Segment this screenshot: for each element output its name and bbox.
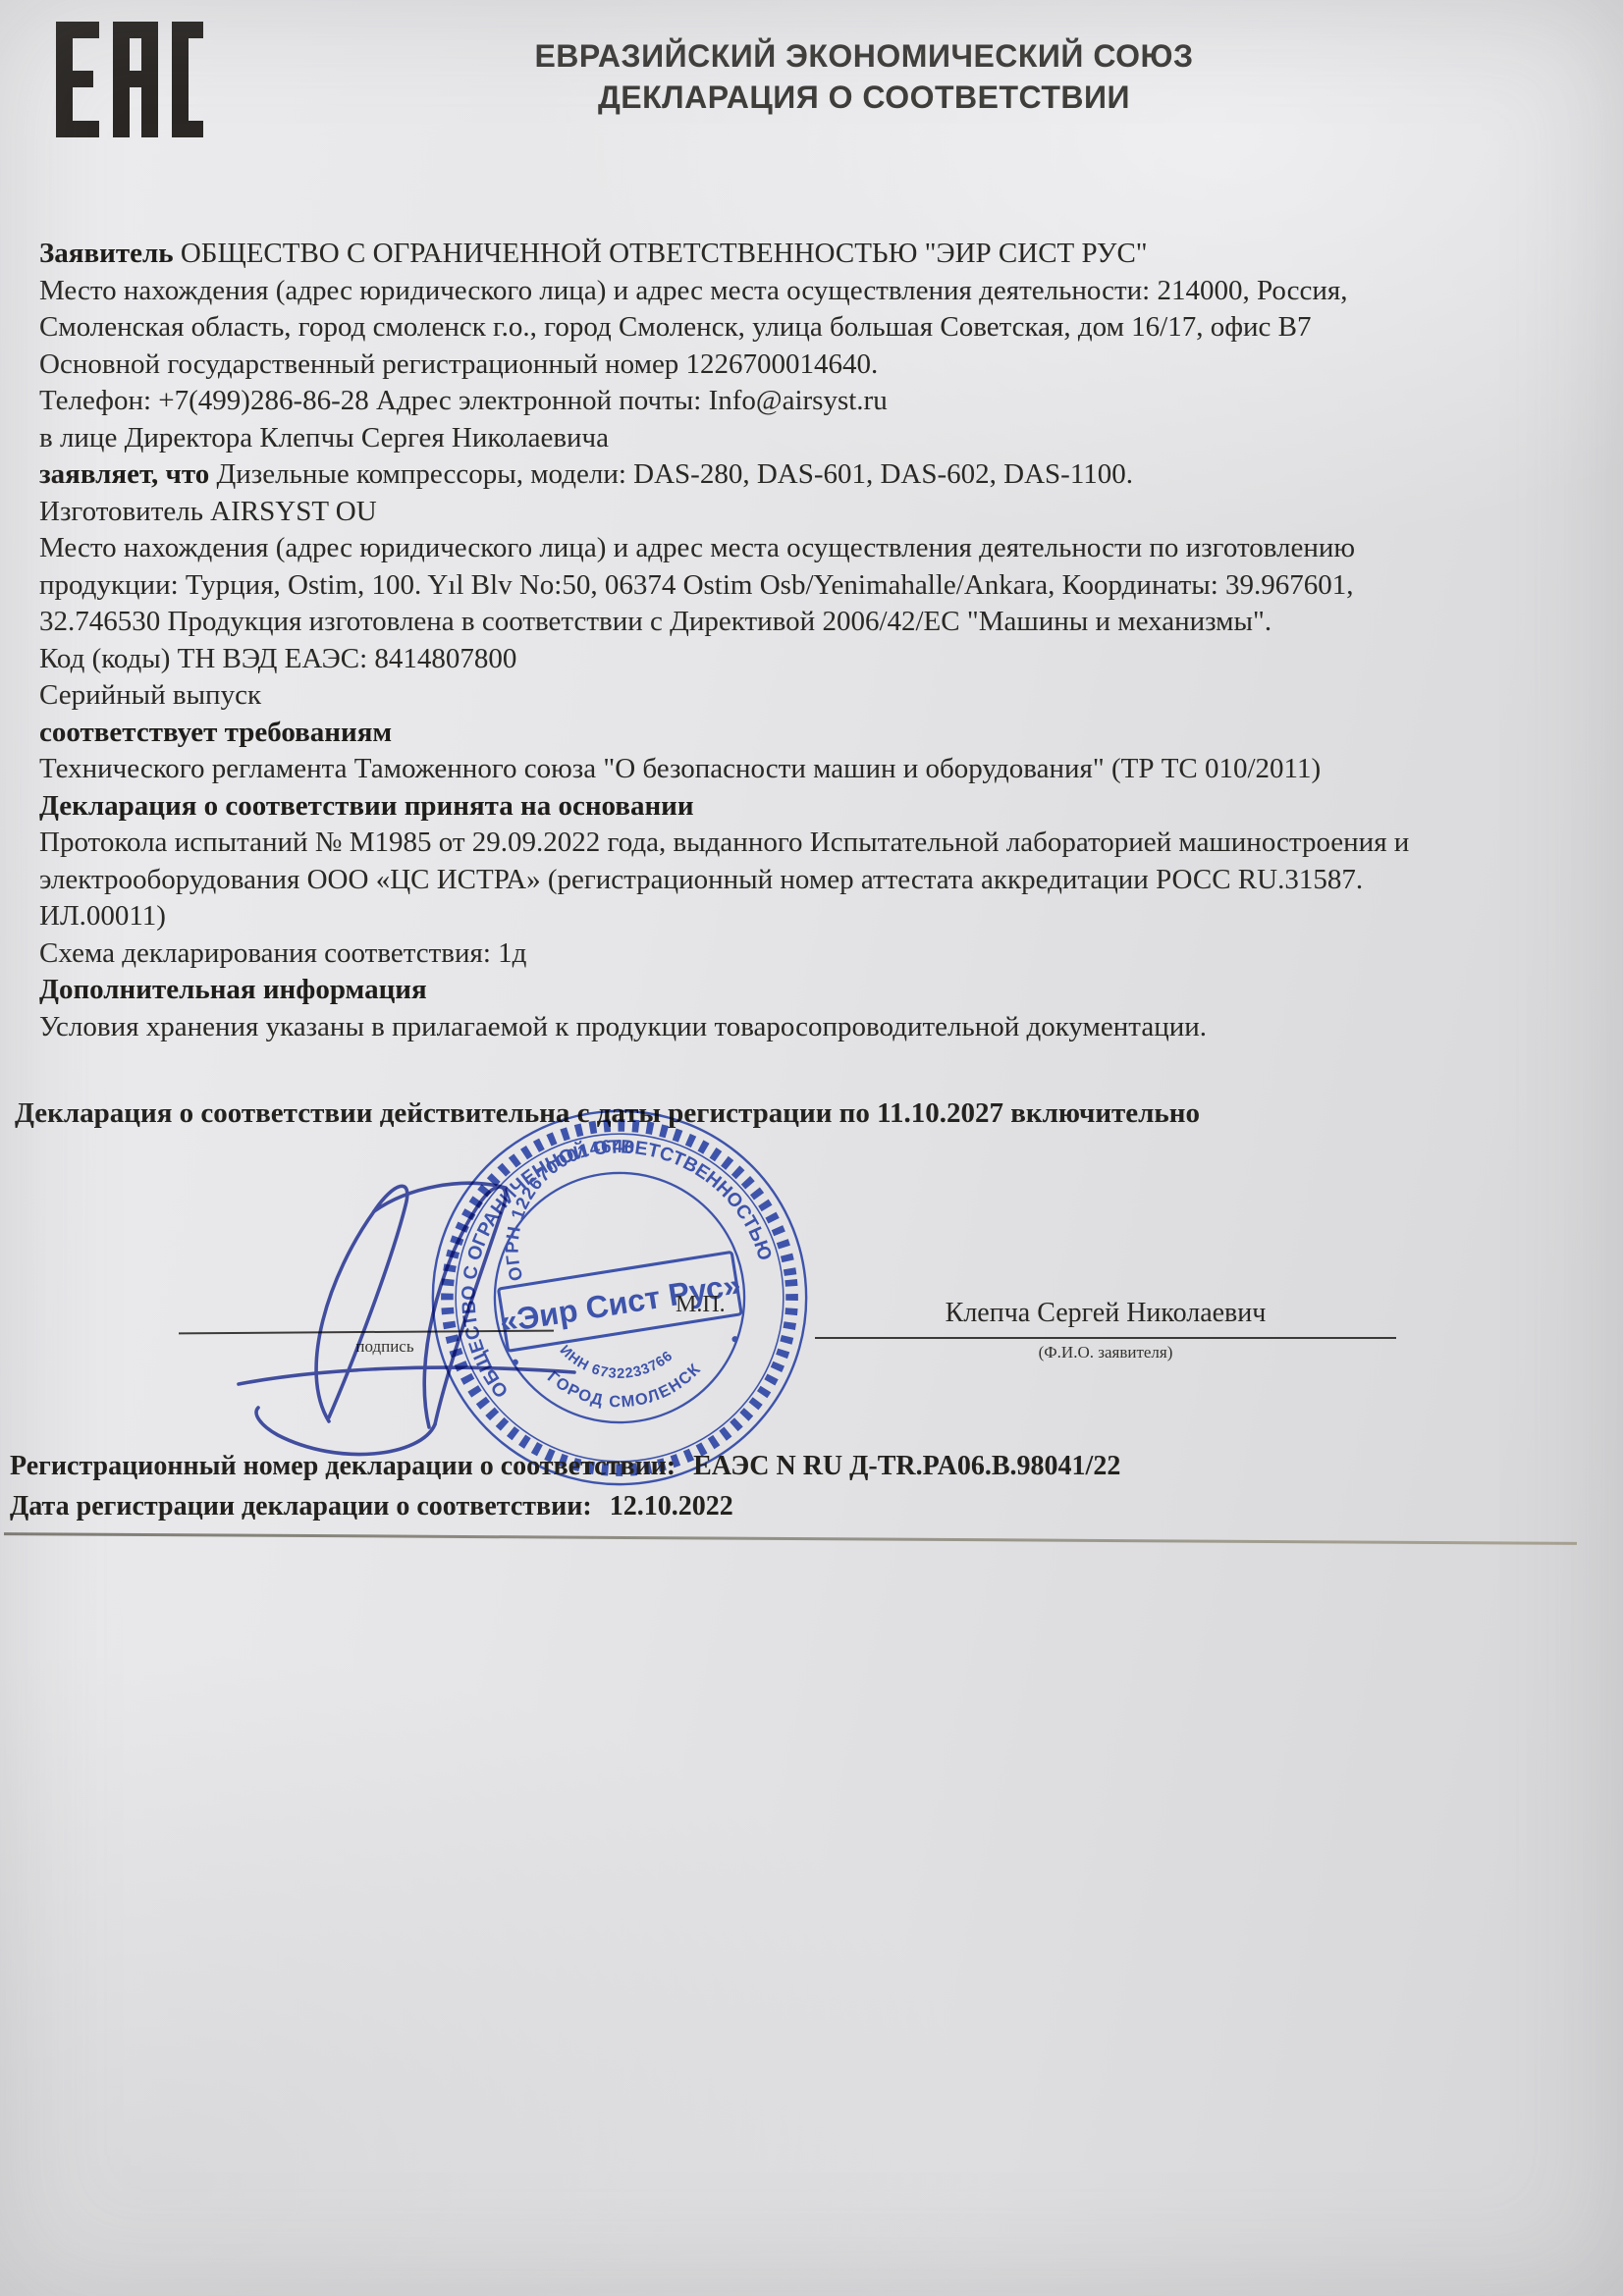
company-stamp: ОБЩЕСТВО С ОГРАНИЧЕННОЙ ОТВЕТСТВЕННОСТЬЮ… xyxy=(429,1107,810,1488)
doc-line: Смоленская область, город смоленск г.о.,… xyxy=(39,309,1610,347)
doc-line-text: в лице Директора Клепчы Сергея Николаеви… xyxy=(39,422,609,454)
doc-line-text: Место нахождения (адрес юридического лиц… xyxy=(39,532,1355,563)
registration-number-row: Регистрационный номер декларации о соотв… xyxy=(10,1451,1120,1482)
stamp-ring-text: ОБЩЕСТВО С ОГРАНИЧЕННОЙ ОТВЕТСТВЕННОСТЬЮ xyxy=(442,1119,788,1404)
doc-line-text: Основной государственный регистрационный… xyxy=(39,348,878,380)
doc-line: соответствует требованиям xyxy=(39,715,1610,752)
doc-line-text: Условия хранения указаны в прилагаемой к… xyxy=(39,1011,1207,1042)
applicant-name-line xyxy=(815,1337,1396,1339)
doc-line: Телефон: +7(499)286-86-28 Адрес электрон… xyxy=(39,383,1610,420)
doc-line: продукции: Турция, Ostim, 100. Yıl Blv N… xyxy=(39,567,1610,605)
registration-date-value: 12.10.2022 xyxy=(610,1491,733,1522)
doc-line: 32.746530 Продукция изготовлена в соотве… xyxy=(39,604,1610,641)
document-body: Заявитель ОБЩЕСТВО С ОГРАНИЧЕННОЙ ОТВЕТС… xyxy=(39,236,1610,1045)
doc-line-text: электрооборудования ООО «ЦС ИСТРА» (реги… xyxy=(39,864,1363,895)
doc-line: Заявитель ОБЩЕСТВО С ОГРАНИЧЕННОЙ ОТВЕТС… xyxy=(39,236,1610,273)
doc-line-text: Изготовитель AIRSYST OU xyxy=(39,496,377,527)
doc-line: Технического регламента Таможенного союз… xyxy=(39,751,1610,788)
doc-line-text: Серийный выпуск xyxy=(39,679,261,711)
registration-date-row: Дата регистрации декларации о соответств… xyxy=(10,1491,733,1522)
doc-line: в лице Директора Клепчы Сергея Николаеви… xyxy=(39,420,1610,457)
doc-line-text: Смоленская область, город смоленск г.о.,… xyxy=(39,311,1312,343)
doc-line: Схема декларирования соответствия: 1д xyxy=(39,935,1610,973)
doc-line-text: Телефон: +7(499)286-86-28 Адрес электрон… xyxy=(39,385,888,416)
doc-line-lead: заявляет, что xyxy=(39,458,217,490)
doc-line: заявляет, что Дизельные компрессоры, мод… xyxy=(39,456,1610,494)
doc-line: Код (коды) ТН ВЭД ЕАЭС: 8414807800 xyxy=(39,641,1610,678)
doc-line-lead: Декларация о соответствии принята на осн… xyxy=(39,790,694,822)
doc-line-text: Дизельные компрессоры, модели: DAS-280, … xyxy=(217,458,1134,490)
applicant-name-caption: (Ф.И.О. заявителя) xyxy=(815,1343,1396,1362)
doc-line-text: ИЛ.00011) xyxy=(39,900,166,932)
validity-statement: Декларация о соответствии действительна … xyxy=(15,1097,1605,1130)
registration-number-value: ЕАЭС N RU Д-TR.PA06.B.98041/22 xyxy=(693,1451,1120,1481)
doc-line: Декларация о соответствии принята на осн… xyxy=(39,788,1610,826)
doc-line: Серийный выпуск xyxy=(39,677,1610,715)
doc-line-lead: соответствует требованиям xyxy=(39,717,392,748)
header-union-line: ЕВРАЗИЙСКИЙ ЭКОНОМИЧЕСКИЙ СОЮЗ xyxy=(363,35,1365,77)
registration-date-label: Дата регистрации декларации о соответств… xyxy=(10,1491,592,1522)
doc-line: Дополнительная информация xyxy=(39,972,1610,1009)
doc-line-text: Схема декларирования соответствия: 1д xyxy=(39,937,526,969)
doc-line-text: Место нахождения (адрес юридического лиц… xyxy=(39,275,1347,306)
document-header: ЕВРАЗИЙСКИЙ ЭКОНОМИЧЕСКИЙ СОЮЗ ДЕКЛАРАЦИ… xyxy=(363,35,1365,118)
doc-line: ИЛ.00011) xyxy=(39,898,1610,935)
doc-line-text: 32.746530 Продукция изготовлена в соотве… xyxy=(39,606,1271,637)
doc-line-lead: Заявитель xyxy=(39,238,181,269)
doc-line: Изготовитель AIRSYST OU xyxy=(39,494,1610,531)
doc-line-text: ОБЩЕСТВО С ОГРАНИЧЕННОЙ ОТВЕТСТВЕННОСТЬЮ… xyxy=(181,238,1148,269)
doc-line: Протокола испытаний № М1985 от 29.09.202… xyxy=(39,825,1610,862)
doc-line-lead: Дополнительная информация xyxy=(39,974,427,1005)
doc-line-text: продукции: Турция, Ostim, 100. Yıl Blv N… xyxy=(39,569,1354,601)
eac-logo-icon xyxy=(54,22,203,137)
doc-line-text: Протокола испытаний № М1985 от 29.09.202… xyxy=(39,827,1409,858)
doc-line: Условия хранения указаны в прилагаемой к… xyxy=(39,1009,1610,1046)
doc-line-text: Код (коды) ТН ВЭД ЕАЭС: 8414807800 xyxy=(39,643,516,674)
header-doctype-line: ДЕКЛАРАЦИЯ О СООТВЕТСТВИИ xyxy=(363,77,1365,118)
doc-line: Основной государственный регистрационный… xyxy=(39,347,1610,384)
registration-number-label: Регистрационный номер декларации о соотв… xyxy=(10,1451,676,1481)
doc-line: электрооборудования ООО «ЦС ИСТРА» (реги… xyxy=(39,862,1610,899)
svg-text:ОБЩЕСТВО С ОГРАНИЧЕННОЙ ОТВЕТС: ОБЩЕСТВО С ОГРАНИЧЕННОЙ ОТВЕТСТВЕННОСТЬЮ xyxy=(442,1119,788,1404)
declaration-document: ЕВРАЗИЙСКИЙ ЭКОНОМИЧЕСКИЙ СОЮЗ ДЕКЛАРАЦИ… xyxy=(0,0,1623,2296)
doc-line: Место нахождения (адрес юридического лиц… xyxy=(39,530,1610,567)
doc-line: Место нахождения (адрес юридического лиц… xyxy=(39,273,1610,310)
stamp-place-mark: М.П. xyxy=(676,1292,726,1318)
bottom-rule xyxy=(4,1532,1577,1545)
applicant-name: Клепча Сергей Николаевич xyxy=(815,1298,1396,1329)
doc-line-text: Технического регламента Таможенного союз… xyxy=(39,753,1321,784)
